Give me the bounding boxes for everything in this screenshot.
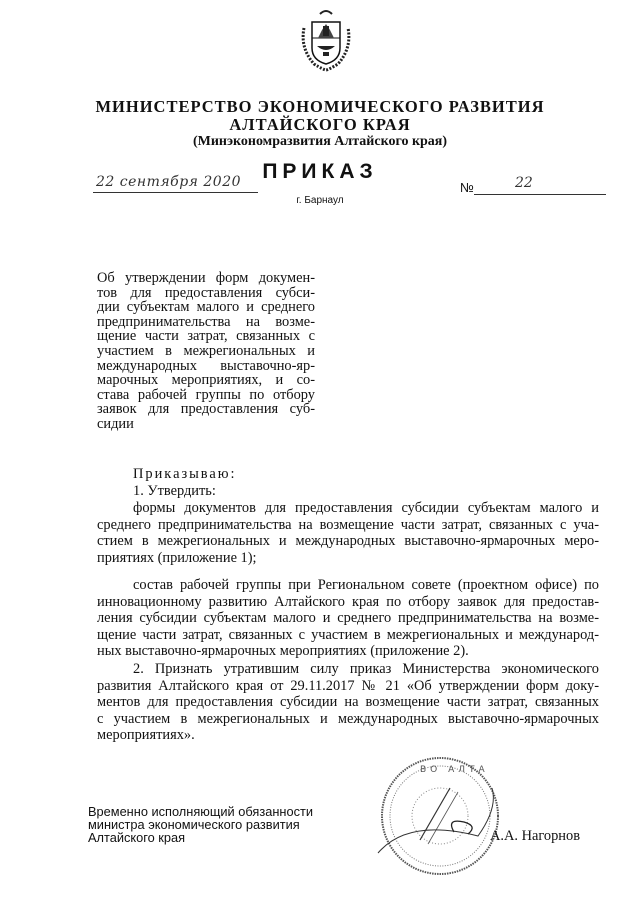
order-word: Приказываю: <box>133 466 237 483</box>
paragraph-line: ных выставочно-ярмарочных мероприятиях (… <box>97 643 599 660</box>
ministry-title-line2: АЛТАЙСКОГО КРАЯ <box>0 115 640 135</box>
item2-paragraph: 2. Признать утратившим силу приказ Минис… <box>97 661 599 744</box>
paragraph-line: формы документов для предоставления субс… <box>97 500 599 517</box>
paragraph-line: щение части затрат, связанных с участием… <box>97 627 599 644</box>
paragraph-line: приятиях (приложение 1); <box>97 550 599 567</box>
city-label: г. Барнаул <box>0 195 640 206</box>
paragraph-line: ления субсидии субъектам малого и средне… <box>97 610 599 627</box>
paragraph-line: стием в межрегиональных и международных … <box>97 533 599 550</box>
coat-of-arms-emblem <box>296 8 356 74</box>
handwritten-date: 22 сентября 2020 <box>96 174 241 190</box>
paragraph-line: состав рабочей группы при Региональном с… <box>97 577 599 594</box>
paragraph-line: мероприятиях». <box>97 727 599 744</box>
paragraph-line: ментов для предоставления субсидии на во… <box>97 694 599 711</box>
signatory-name: А.А. Нагорнов <box>490 828 580 845</box>
subject-line: предпринимательства на возме- <box>97 315 315 330</box>
item1-paragraph-a: формы документов для предоставления субс… <box>97 500 599 566</box>
subject-line: участием в межрегиональных и <box>97 344 315 359</box>
subject-line: заявок для предоставления суб- <box>97 402 315 417</box>
item1-paragraph-b: состав рабочей группы при Региональном с… <box>97 577 599 660</box>
signatory-position: Временно исполняющий обязанности министр… <box>88 805 313 844</box>
subject-line: сидии <box>97 417 315 432</box>
subject-line: международных выставочно-яр- <box>97 359 315 374</box>
paragraph-line: развития Алтайского края от 29.11.2017 №… <box>97 678 599 695</box>
number-label: № <box>460 180 474 195</box>
subject-line: Об утверждении форм докумен- <box>97 271 315 286</box>
paragraph-line: с участием в межрегиональных и междунаро… <box>97 711 599 728</box>
svg-text:ВО АЛТА: ВО АЛТА <box>420 765 489 775</box>
date-underline <box>93 192 258 193</box>
subject-line: тов для предоставления субси- <box>97 286 315 301</box>
subject-line: щение части затрат, связанных с <box>97 329 315 344</box>
item1-title: 1. Утвердить: <box>133 483 216 500</box>
handwritten-number: 22 <box>515 175 533 191</box>
subject-line: марочных мероприятиях, и со- <box>97 373 315 388</box>
ministry-title-line1: МИНИСТЕРСТВО ЭКОНОМИЧЕСКОГО РАЗВИТИЯ <box>0 97 640 117</box>
ministry-short-name: (Минэкономразвития Алтайского края) <box>0 134 640 150</box>
position-line: Алтайского края <box>88 831 313 844</box>
subject-line: става рабочей группы по отбору <box>97 388 315 403</box>
paragraph-line: инновационному развитию Алтайского края … <box>97 594 599 611</box>
order-subject: Об утверждении форм докумен- тов для пре… <box>97 271 315 432</box>
official-seal-stamp: ВО АЛТА <box>368 748 508 878</box>
paragraph-line: 2. Признать утратившим силу приказ Минис… <box>97 661 599 678</box>
subject-line: дии субъектам малого и среднего <box>97 300 315 315</box>
paragraph-line: среднего предпринимательства на возмещен… <box>97 517 599 534</box>
